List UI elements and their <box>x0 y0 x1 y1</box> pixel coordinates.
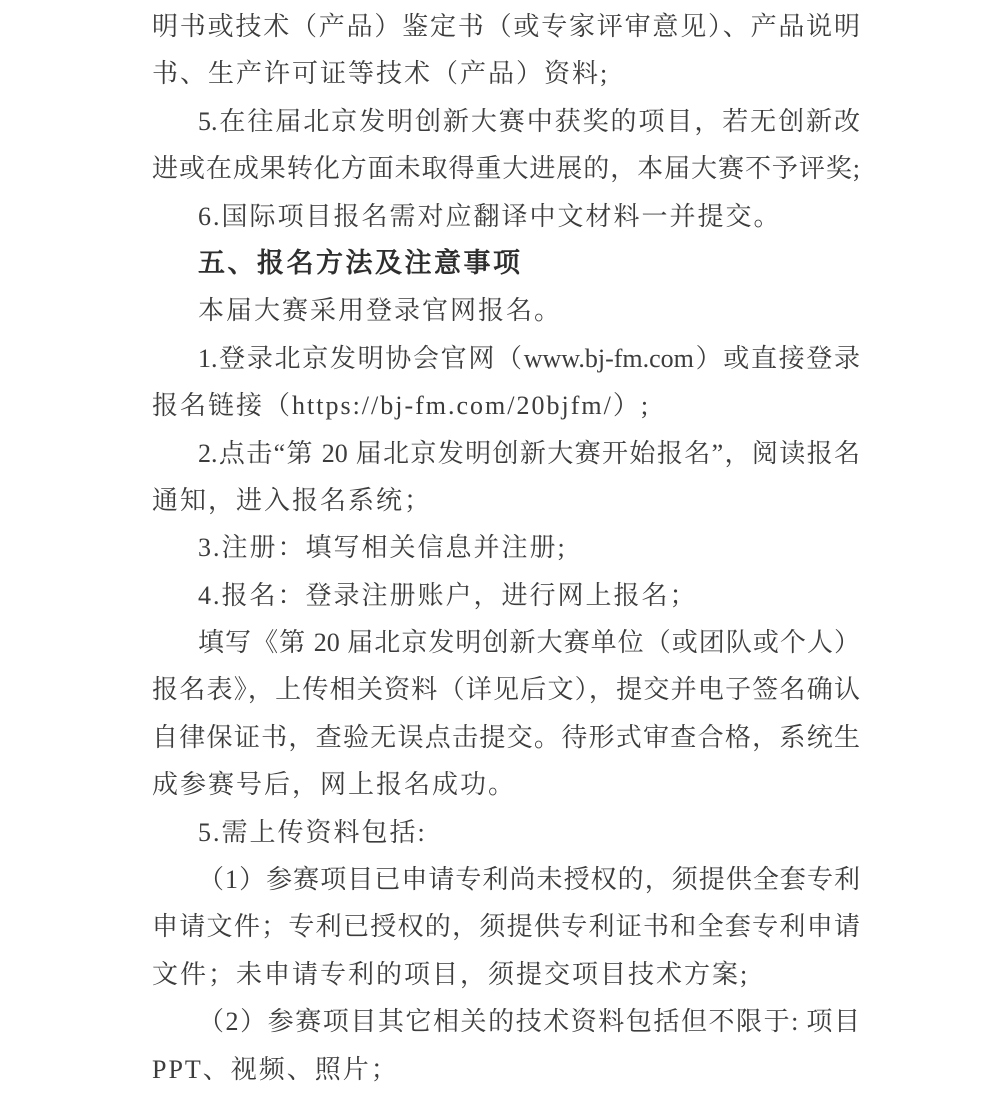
document-line: 报名表》，上传相关资料（详见后文），提交并电子签名确认 <box>152 666 860 713</box>
document-line: 自律保证书，查验无误点击提交。待形式审查合格，系统生 <box>152 714 860 761</box>
document-line: 6.国际项目报名需对应翻译中文材料一并提交。 <box>152 193 860 240</box>
document-line: 填写《第 20 届北京发明创新大赛单位（或团队或个人） <box>152 619 860 666</box>
document-line: 报名链接（https://bj-fm.com/20bjfm/）; <box>152 382 860 429</box>
document-line: 3.注册：填写相关信息并注册; <box>152 524 860 571</box>
document-line: （2）参赛项目其它相关的技术资料包括但不限于: 项目 <box>152 998 860 1045</box>
document-line: 进或在成果转化方面未取得重大进展的，本届大赛不予评奖; <box>152 145 860 192</box>
document-line: 成参赛号后，网上报名成功。 <box>152 761 860 808</box>
document-line: 书、生产许可证等技术（产品）资料; <box>152 50 860 97</box>
document-line: 申请文件；专利已授权的，须提供专利证书和全套专利申请 <box>152 903 860 950</box>
document-line: 通知，进入报名系统； <box>152 477 860 524</box>
document-line: 4.报名：登录注册账户，进行网上报名； <box>152 572 860 619</box>
document-line: 1.登录北京发明协会官网（www.bj-fm.com）或直接登录 <box>152 335 860 382</box>
document-page: 明书或技术（产品）鉴定书（或专家评审意见）、产品说明书、生产许可证等技术（产品）… <box>152 3 860 1093</box>
document-line: 5.需上传资料包括: <box>152 809 860 856</box>
section-heading: 五、报名方法及注意事项 <box>152 240 860 287</box>
document-line: PPT、视频、照片； <box>152 1046 860 1093</box>
document-line: 2.点击“第 20 届北京发明创新大赛开始报名”，阅读报名 <box>152 430 860 477</box>
document-line: 明书或技术（产品）鉴定书（或专家评审意见）、产品说明 <box>152 3 860 50</box>
document-line: 本届大赛采用登录官网报名。 <box>152 287 860 334</box>
document-line: 5.在往届北京发明创新大赛中获奖的项目，若无创新改 <box>152 98 860 145</box>
document-line: （1）参赛项目已申请专利尚未授权的，须提供全套专利 <box>152 856 860 903</box>
document-line: 文件；未申请专利的项目，须提交项目技术方案; <box>152 951 860 998</box>
